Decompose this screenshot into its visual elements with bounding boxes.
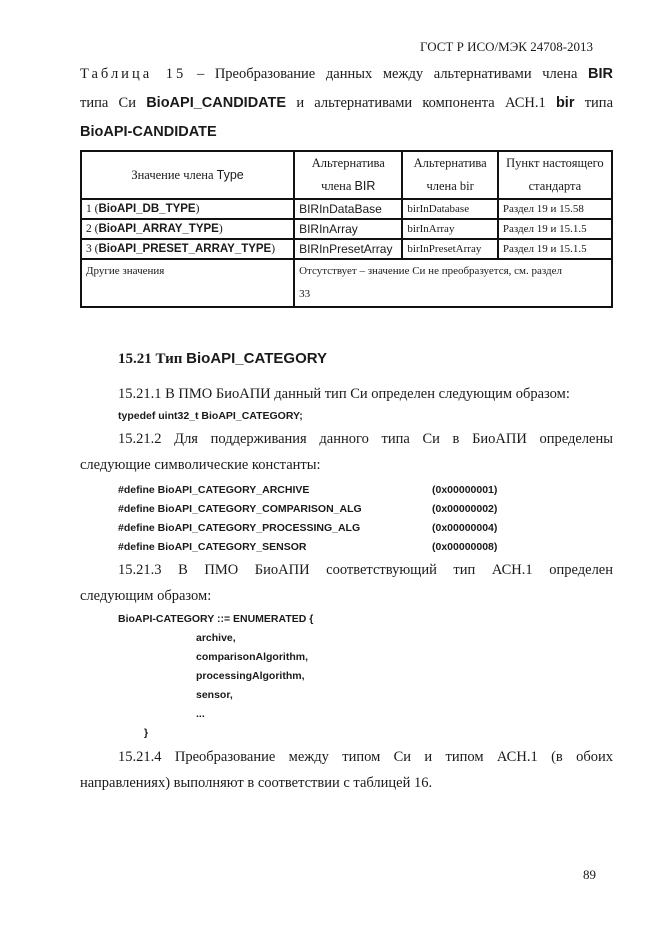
table-row: 1 (BioAPI_DB_TYPE) BIRInDataBase birInDa… — [81, 199, 612, 219]
paragraph-15-21-4: 15.21.4 Преобразование между типом Си и … — [80, 744, 613, 796]
type-value-cell: 3 (BioAPI_PRESET_ARRAY_TYPE) — [81, 239, 294, 259]
define-value: (0x00000008) — [432, 541, 497, 553]
bir-cell: BIRInPresetArray — [294, 239, 402, 259]
page-number: 89 — [583, 867, 596, 883]
asn-cell: birInPresetArray — [402, 239, 497, 259]
typedef-code: typedef uint32_t BioAPI_CATEGORY; — [118, 410, 303, 422]
bir-cell: BIRInArray — [294, 219, 402, 239]
clause-cell: Раздел 19 и 15.1.5 — [498, 219, 612, 239]
asn1-item: archive, — [196, 632, 236, 644]
define-value: (0x00000001) — [432, 484, 497, 496]
header-bir-alternative: Альтернативачлена BIR — [294, 151, 402, 199]
define-name: #define BioAPI_CATEGORY_SENSOR — [118, 541, 306, 553]
asn-cell: birInDatabase — [402, 199, 497, 219]
asn1-item: ... — [196, 708, 205, 720]
define-value: (0x00000004) — [432, 522, 497, 534]
define-name: #define BioAPI_CATEGORY_PROCESSING_ALG — [118, 522, 360, 534]
define-value: (0x00000002) — [432, 503, 497, 515]
table-row-other: Другие значения Отсутствует – значение С… — [81, 259, 612, 307]
table-row: 2 (BioAPI_ARRAY_TYPE) BIRInArray birInAr… — [81, 219, 612, 239]
table-header-row: Значение члена Type Альтернативачлена BI… — [81, 151, 612, 199]
asn1-definition-head: BioAPI-CATEGORY ::= ENUMERATED { — [118, 613, 313, 625]
section-heading: 15.21 Тип BioAPI_CATEGORY — [118, 350, 327, 368]
document-header: ГОСТ Р ИСО/МЭК 24708-2013 — [420, 39, 593, 55]
header-asn-alternative: Альтернативачлена bir — [402, 151, 497, 199]
paragraph-15-21-3: 15.21.3 В ПМО БиоАПИ соответствующий тип… — [80, 557, 613, 609]
bir-cell: BIRInDataBase — [294, 199, 402, 219]
caption-label: Таблица 15 — [80, 66, 186, 82]
conversion-table: Значение члена Type Альтернативачлена BI… — [80, 150, 613, 308]
header-type-value: Значение члена Type — [81, 151, 294, 199]
asn1-item: sensor, — [196, 689, 233, 701]
table-caption: Таблица 15 – Преобразование данных между… — [80, 60, 613, 147]
type-value-cell: 1 (BioAPI_DB_TYPE) — [81, 199, 294, 219]
asn1-close-brace: } — [144, 727, 148, 739]
asn1-item: comparisonAlgorithm, — [196, 651, 308, 663]
asn-cell: birInArray — [402, 219, 497, 239]
clause-cell: Раздел 19 и 15.58 — [498, 199, 612, 219]
define-name: #define BioAPI_CATEGORY_ARCHIVE — [118, 484, 309, 496]
header-clause: Пункт настоящегостандарта — [498, 151, 612, 199]
caption-line-2: типа Си BioAPI_CANDIDATE и альтернативам… — [80, 89, 613, 118]
define-name: #define BioAPI_CATEGORY_COMPARISON_ALG — [118, 503, 362, 515]
other-values-note: Отсутствует – значение Си не преобразует… — [294, 259, 612, 307]
clause-cell: Раздел 19 и 15.1.5 — [498, 239, 612, 259]
type-value-cell: 2 (BioAPI_ARRAY_TYPE) — [81, 219, 294, 239]
asn1-item: processingAlgorithm, — [196, 670, 305, 682]
paragraph-15-21-2: 15.21.2 Для поддерживания данного типа С… — [80, 426, 613, 478]
caption-line-1: Таблица 15 – Преобразование данных между… — [80, 60, 613, 89]
other-values-cell: Другие значения — [81, 259, 294, 307]
caption-line-3: BioAPI-CANDIDATE — [80, 118, 613, 147]
table-row: 3 (BioAPI_PRESET_ARRAY_TYPE) BIRInPreset… — [81, 239, 612, 259]
paragraph-15-21-1: 15.21.1 В ПМО БиоАПИ данный тип Си опред… — [80, 381, 613, 407]
